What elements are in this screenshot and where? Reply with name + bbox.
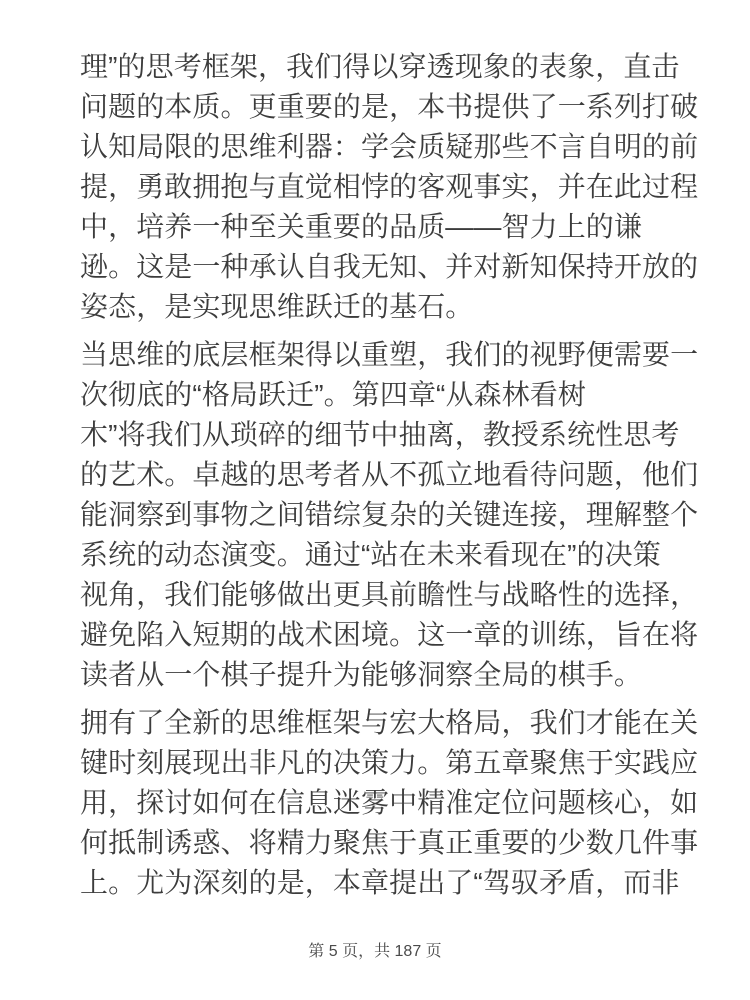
paragraph: 拥有了全新的思维框架与宏大格局，我们才能在关键时刻展现出非凡的决策力。第五章聚焦… <box>80 703 680 903</box>
text-line: 问题的本质。更重要的是，本书提供了一系列打破 <box>80 87 680 127</box>
text-line: 姿态，是实现思维跃迁的基石。 <box>80 287 680 327</box>
paragraph: 当思维的底层框架得以重塑，我们的视野便需要一次彻底的“格局跃迁”。第四章“从森林… <box>80 335 680 695</box>
text-line: 避免陷入短期的战术困境。这一章的训练，旨在将 <box>80 615 680 655</box>
text-line: 拥有了全新的思维框架与宏大格局，我们才能在关 <box>80 703 680 743</box>
document-body: 理”的思考框架，我们得以穿透现象的表象，直击问题的本质。更重要的是，本书提供了一… <box>80 47 680 903</box>
text-line: 提，勇敢拥抱与直觉相悖的客观事实，并在此过程 <box>80 167 680 207</box>
text-line: 何抵制诱惑、将精力聚焦于真正重要的少数几件事 <box>80 823 680 863</box>
text-line: 视角，我们能够做出更具前瞻性与战略性的选择， <box>80 575 680 615</box>
text-line: 用，探讨如何在信息迷雾中精准定位问题核心，如 <box>80 783 680 823</box>
text-line: 当思维的底层框架得以重塑，我们的视野便需要一 <box>80 335 680 375</box>
text-line: 中，培养一种至关重要的品质——智力上的谦 <box>80 207 680 247</box>
text-line: 理”的思考框架，我们得以穿透现象的表象，直击 <box>80 47 680 87</box>
text-line: 次彻底的“格局跃迁”。第四章“从森林看树 <box>80 375 680 415</box>
text-line: 读者从一个棋子提升为能够洞察全局的棋手。 <box>80 655 680 695</box>
text-line: 认知局限的思维利器：学会质疑那些不言自明的前 <box>80 127 680 167</box>
page-footer: 第 5 页，共 187 页 <box>0 941 750 963</box>
text-line: 键时刻展现出非凡的决策力。第五章聚焦于实践应 <box>80 743 680 783</box>
text-line: 上。尤为深刻的是，本章提出了“驾驭矛盾，而非 <box>80 863 680 903</box>
paragraph: 理”的思考框架，我们得以穿透现象的表象，直击问题的本质。更重要的是，本书提供了一… <box>80 47 680 327</box>
text-line: 木”将我们从琐碎的细节中抽离，教授系统性思考 <box>80 415 680 455</box>
text-line: 的艺术。卓越的思考者从不孤立地看待问题，他们 <box>80 455 680 495</box>
page-indicator: 第 5 页，共 187 页 <box>308 943 441 960</box>
text-line: 系统的动态演变。通过“站在未来看现在”的决策 <box>80 535 680 575</box>
text-line: 逊。这是一种承认自我无知、并对新知保持开放的 <box>80 247 680 287</box>
text-line: 能洞察到事物之间错综复杂的关键连接，理解整个 <box>80 495 680 535</box>
